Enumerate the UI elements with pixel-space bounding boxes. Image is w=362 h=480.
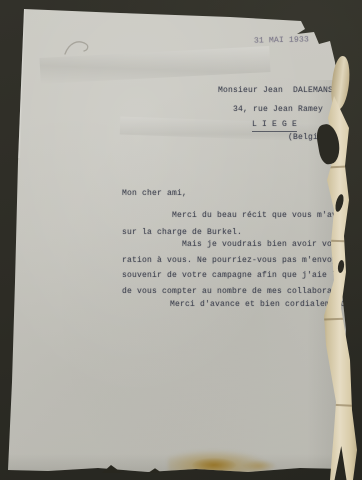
recipient-city: L I E G E [252, 120, 297, 132]
letter-paper: 31 MAI 1933 Monsieur Jean DALEMANS 34, r… [0, 0, 362, 480]
paper-stain [242, 460, 276, 472]
paper-edge-highlight [15, 8, 25, 158]
date-stamp: 31 MAI 1933 [254, 35, 309, 46]
paper-stain [192, 458, 236, 472]
body-line: sur la charge de Burkel. [122, 228, 242, 238]
salutation: Mon cher ami, [122, 189, 187, 199]
scanned-letter-background: 31 MAI 1933 Monsieur Jean DALEMANS 34, r… [0, 0, 362, 480]
body-line: Merci du beau récit que vous m'avez [172, 211, 347, 221]
body-line: ration à vous. Ne pourriez-vous pas m'en… [122, 256, 347, 266]
recipient-name: Monsieur Jean DALEMANS [218, 86, 333, 96]
body-line: souvenir de votre campagne afin que j'ai… [122, 271, 352, 281]
pencil-mark [62, 36, 96, 60]
recipient-street: 34, rue Jean Ramey [233, 105, 323, 115]
body-line: de vous compter au nombre de mes collabo… [122, 287, 357, 297]
body-line: Mais je voudrais bien avoir votre c [182, 240, 357, 250]
fold-crease [322, 317, 352, 320]
